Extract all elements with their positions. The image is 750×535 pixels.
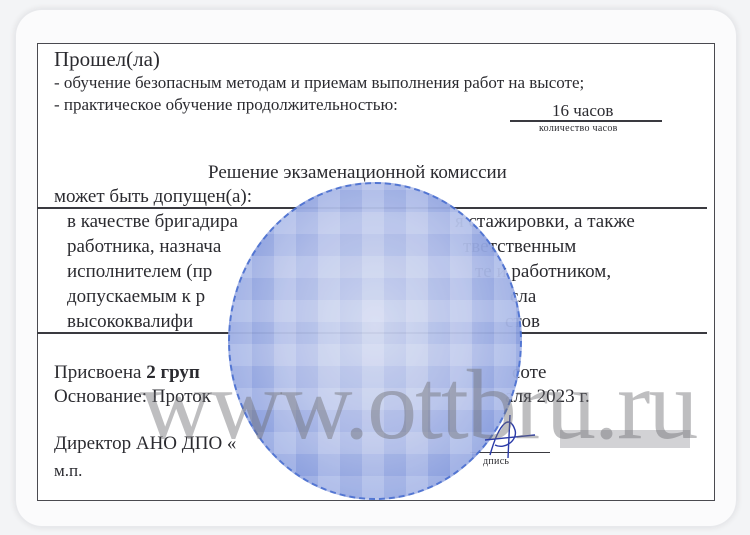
watermark-text: www.ottbru.ru [140,355,696,455]
admitted-line-1a: в качестве бригадира [67,211,238,233]
commission-title: Решение экзаменационной комиссии [208,162,507,184]
admitted-line-2a: работника, назнача [67,236,221,258]
hours-value: 16 часов [552,100,613,122]
group-prefix: Присвоена [54,362,146,383]
hours-underline [510,120,662,122]
heading-passed: Прошел(ла) [54,48,160,70]
hours-caption: количество часов [539,123,618,135]
stamp-place: м.п. [54,460,82,482]
admitted-line-3a: исполнителем (пр [67,261,212,283]
admitted-line-4a: допускаемым к р [67,286,205,308]
admitted-line-5a: высококвалифи [67,311,193,333]
admitted-label: может быть допущен(а): [54,186,252,208]
training-item-1: - обучение безопасным методам и приемам … [54,72,584,94]
admitted-line-1b: я стажировки, а также [455,211,635,233]
training-item-2: - практическое обучение продолжительност… [54,94,398,116]
